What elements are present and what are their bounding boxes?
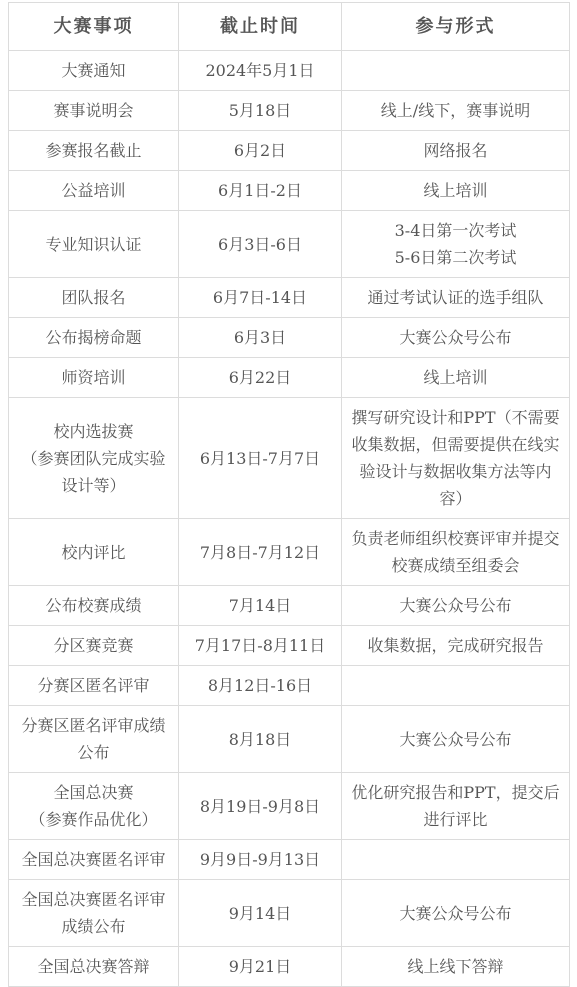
event-cell: 校内评比 bbox=[9, 519, 179, 586]
format-cell: 收集数据，完成研究报告 bbox=[342, 626, 570, 666]
table-row: 专业知识认证6月3日-6日3-4日第一次考试 5-6日第二次考试 bbox=[9, 211, 570, 278]
table-row: 全国总决赛匿名评审9月9日-9月13日 bbox=[9, 840, 570, 880]
table-row: 大赛通知2024年5月1日 bbox=[9, 51, 570, 91]
table-row: 师资培训6月22日线上培训 bbox=[9, 358, 570, 398]
event-cell: 参赛报名截止 bbox=[9, 131, 179, 171]
format-cell: 大赛公众号公布 bbox=[342, 706, 570, 773]
format-cell: 通过考试认证的选手组队 bbox=[342, 278, 570, 318]
table-row: 分赛区匿名评审成绩公布8月18日大赛公众号公布 bbox=[9, 706, 570, 773]
header-format: 参与形式 bbox=[342, 3, 570, 51]
deadline-cell: 7月8日-7月12日 bbox=[179, 519, 342, 586]
header-event: 大赛事项 bbox=[9, 3, 179, 51]
deadline-cell: 8月19日-9月8日 bbox=[179, 773, 342, 840]
format-cell: 负责老师组织校赛评审并提交校赛成绩至组委会 bbox=[342, 519, 570, 586]
deadline-cell: 6月1日-2日 bbox=[179, 171, 342, 211]
format-cell: 网络报名 bbox=[342, 131, 570, 171]
deadline-cell: 9月14日 bbox=[179, 880, 342, 947]
format-cell bbox=[342, 666, 570, 706]
format-cell: 3-4日第一次考试 5-6日第二次考试 bbox=[342, 211, 570, 278]
deadline-cell: 8月18日 bbox=[179, 706, 342, 773]
format-cell: 线上线下答辩 bbox=[342, 947, 570, 987]
format-cell: 优化研究报告和PPT，提交后进行评比 bbox=[342, 773, 570, 840]
format-cell bbox=[342, 840, 570, 880]
event-cell: 公布校赛成绩 bbox=[9, 586, 179, 626]
event-cell: 公布揭榜命题 bbox=[9, 318, 179, 358]
format-cell: 大赛公众号公布 bbox=[342, 880, 570, 947]
header-deadline: 截止时间 bbox=[179, 3, 342, 51]
format-cell: 撰写研究设计和PPT（不需要收集数据，但需要提供在线实验设计与数据收集方法等内容… bbox=[342, 398, 570, 519]
format-cell: 线上培训 bbox=[342, 171, 570, 211]
event-cell: 公益培训 bbox=[9, 171, 179, 211]
table-row: 全国总决赛答辩9月21日线上线下答辩 bbox=[9, 947, 570, 987]
table-row: 分赛区匿名评审8月12日-16日 bbox=[9, 666, 570, 706]
deadline-cell: 9月9日-9月13日 bbox=[179, 840, 342, 880]
event-cell: 全国总决赛答辩 bbox=[9, 947, 179, 987]
deadline-cell: 6月22日 bbox=[179, 358, 342, 398]
deadline-cell: 6月3日-6日 bbox=[179, 211, 342, 278]
table-row: 公布揭榜命题6月3日大赛公众号公布 bbox=[9, 318, 570, 358]
event-cell: 团队报名 bbox=[9, 278, 179, 318]
table-row: 全国总决赛 （参赛作品优化）8月19日-9月8日优化研究报告和PPT，提交后进行… bbox=[9, 773, 570, 840]
table-row: 赛事说明会5月18日线上/线下，赛事说明 bbox=[9, 91, 570, 131]
table-row: 公益培训6月1日-2日线上培训 bbox=[9, 171, 570, 211]
format-cell: 线上/线下，赛事说明 bbox=[342, 91, 570, 131]
table-row: 校内选拔赛 （参赛团队完成实验设计等）6月13日-7月7日撰写研究设计和PPT（… bbox=[9, 398, 570, 519]
event-cell: 分区赛竞赛 bbox=[9, 626, 179, 666]
event-cell: 分赛区匿名评审成绩公布 bbox=[9, 706, 179, 773]
event-cell: 校内选拔赛 （参赛团队完成实验设计等） bbox=[9, 398, 179, 519]
deadline-cell: 7月17日-8月11日 bbox=[179, 626, 342, 666]
format-cell: 大赛公众号公布 bbox=[342, 586, 570, 626]
table-row: 分区赛竞赛7月17日-8月11日收集数据，完成研究报告 bbox=[9, 626, 570, 666]
deadline-cell: 5月18日 bbox=[179, 91, 342, 131]
event-cell: 大赛通知 bbox=[9, 51, 179, 91]
event-cell: 全国总决赛 （参赛作品优化） bbox=[9, 773, 179, 840]
event-cell: 赛事说明会 bbox=[9, 91, 179, 131]
table-row: 公布校赛成绩7月14日大赛公众号公布 bbox=[9, 586, 570, 626]
table-row: 团队报名6月7日-14日通过考试认证的选手组队 bbox=[9, 278, 570, 318]
deadline-cell: 6月2日 bbox=[179, 131, 342, 171]
deadline-cell: 7月14日 bbox=[179, 586, 342, 626]
event-cell: 专业知识认证 bbox=[9, 211, 179, 278]
table-row: 全国总决赛匿名评审成绩公布9月14日大赛公众号公布 bbox=[9, 880, 570, 947]
deadline-cell: 6月7日-14日 bbox=[179, 278, 342, 318]
event-cell: 全国总决赛匿名评审 bbox=[9, 840, 179, 880]
table-row: 参赛报名截止6月2日网络报名 bbox=[9, 131, 570, 171]
format-cell: 线上培训 bbox=[342, 358, 570, 398]
event-cell: 分赛区匿名评审 bbox=[9, 666, 179, 706]
deadline-cell: 6月3日 bbox=[179, 318, 342, 358]
format-cell: 大赛公众号公布 bbox=[342, 318, 570, 358]
event-cell: 师资培训 bbox=[9, 358, 179, 398]
competition-schedule-table: 大赛事项 截止时间 参与形式 大赛通知2024年5月1日赛事说明会5月18日线上… bbox=[8, 2, 570, 987]
table-row: 校内评比7月8日-7月12日负责老师组织校赛评审并提交校赛成绩至组委会 bbox=[9, 519, 570, 586]
format-cell bbox=[342, 51, 570, 91]
deadline-cell: 8月12日-16日 bbox=[179, 666, 342, 706]
event-cell: 全国总决赛匿名评审成绩公布 bbox=[9, 880, 179, 947]
deadline-cell: 6月13日-7月7日 bbox=[179, 398, 342, 519]
table-body: 大赛通知2024年5月1日赛事说明会5月18日线上/线下，赛事说明参赛报名截止6… bbox=[9, 51, 570, 987]
deadline-cell: 2024年5月1日 bbox=[179, 51, 342, 91]
deadline-cell: 9月21日 bbox=[179, 947, 342, 987]
header-row: 大赛事项 截止时间 参与形式 bbox=[9, 3, 570, 51]
